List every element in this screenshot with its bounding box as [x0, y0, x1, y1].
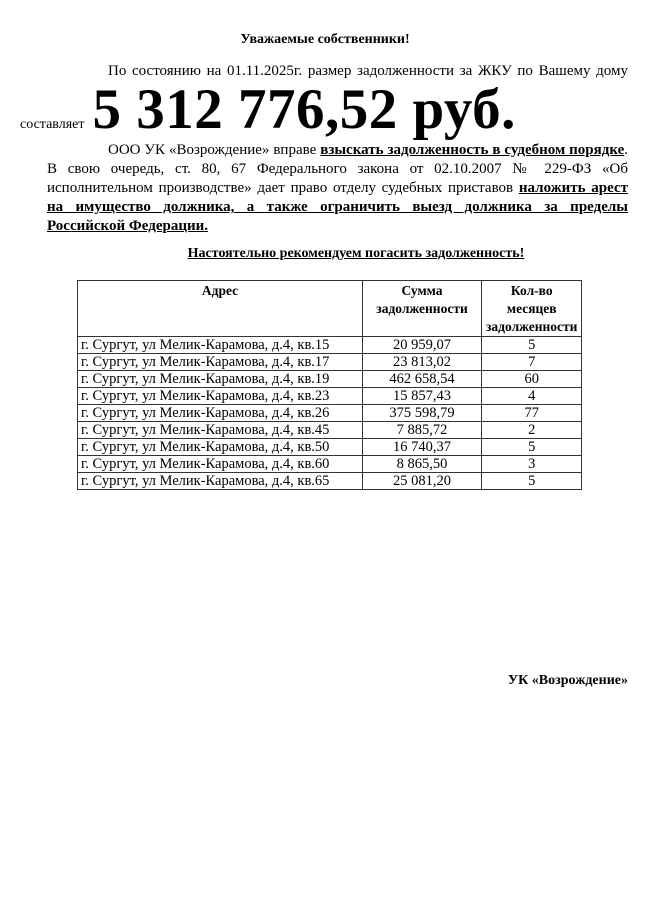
table-row: г. Сургут, ул Мелик-Карамова, д.4, кв.26… — [78, 405, 582, 422]
table-row: г. Сургут, ул Мелик-Карамова, д.4, кв.17… — [78, 354, 582, 371]
sum-cell: 23 813,02 — [363, 354, 482, 371]
paragraph-emphasis-1: взыскать задолженность в судебном порядк… — [320, 142, 624, 158]
recommendation-heading: Настоятельно рекомендуем погасить задолж… — [0, 246, 650, 262]
sum-cell: 20 959,07 — [363, 337, 482, 354]
table-header-row: Адрес Сумма задолженности Кол-во месяцев… — [78, 281, 582, 337]
months-cell: 4 — [482, 388, 582, 405]
sum-cell: 8 865,50 — [363, 456, 482, 473]
address-cell: г. Сургут, ул Мелик-Карамова, д.4, кв.50 — [78, 439, 363, 456]
sum-cell: 16 740,37 — [363, 439, 482, 456]
debt-amount-row: составляет 5 312 776,52 руб. — [20, 80, 516, 140]
paragraph-text-1: ООО УК «Возрождение» вправе — [108, 142, 320, 158]
sum-cell: 375 598,79 — [363, 405, 482, 422]
table-row: г. Сургут, ул Мелик-Карамова, д.4, кв.19… — [78, 371, 582, 388]
header-months: Кол-во месяцев задолженности — [482, 281, 582, 337]
months-cell: 3 — [482, 456, 582, 473]
address-cell: г. Сургут, ул Мелик-Карамова, д.4, кв.60 — [78, 456, 363, 473]
table-row: г. Сургут, ул Мелик-Карамова, д.4, кв.15… — [78, 337, 582, 354]
months-cell: 5 — [482, 439, 582, 456]
months-cell: 5 — [482, 473, 582, 490]
table-row: г. Сургут, ул Мелик-Карамова, д.4, кв.60… — [78, 456, 582, 473]
total-debt-amount: 5 312 776,52 руб. — [92, 78, 515, 141]
address-cell: г. Сургут, ул Мелик-Карамова, д.4, кв.19 — [78, 371, 363, 388]
address-cell: г. Сургут, ул Мелик-Карамова, д.4, кв.15 — [78, 337, 363, 354]
address-cell: г. Сургут, ул Мелик-Карамова, д.4, кв.45 — [78, 422, 363, 439]
table-row: г. Сургут, ул Мелик-Карамова, д.4, кв.50… — [78, 439, 582, 456]
signature: УК «Возрождение» — [508, 673, 628, 689]
address-cell: г. Сургут, ул Мелик-Карамова, д.4, кв.23 — [78, 388, 363, 405]
months-cell: 60 — [482, 371, 582, 388]
months-cell: 2 — [482, 422, 582, 439]
sum-cell: 25 081,20 — [363, 473, 482, 490]
table-row: г. Сургут, ул Мелик-Карамова, д.4, кв.23… — [78, 388, 582, 405]
amount-label: составляет — [20, 117, 84, 132]
address-cell: г. Сургут, ул Мелик-Карамова, д.4, кв.17 — [78, 354, 363, 371]
table-row: г. Сургут, ул Мелик-Карамова, д.4, кв.45… — [78, 422, 582, 439]
months-cell: 7 — [482, 354, 582, 371]
document-title: Уважаемые собственники! — [0, 32, 650, 48]
legal-paragraph: ООО УК «Возрождение» вправе взыскать зад… — [47, 141, 628, 236]
months-cell: 77 — [482, 405, 582, 422]
header-address: Адрес — [78, 281, 363, 337]
months-cell: 5 — [482, 337, 582, 354]
address-cell: г. Сургут, ул Мелик-Карамова, д.4, кв.65 — [78, 473, 363, 490]
sum-cell: 15 857,43 — [363, 388, 482, 405]
sum-cell: 462 658,54 — [363, 371, 482, 388]
debts-table: Адрес Сумма задолженности Кол-во месяцев… — [77, 280, 582, 490]
table-row: г. Сургут, ул Мелик-Карамова, д.4, кв.65… — [78, 473, 582, 490]
header-sum: Сумма задолженности — [363, 281, 482, 337]
sum-cell: 7 885,72 — [363, 422, 482, 439]
address-cell: г. Сургут, ул Мелик-Карамова, д.4, кв.26 — [78, 405, 363, 422]
